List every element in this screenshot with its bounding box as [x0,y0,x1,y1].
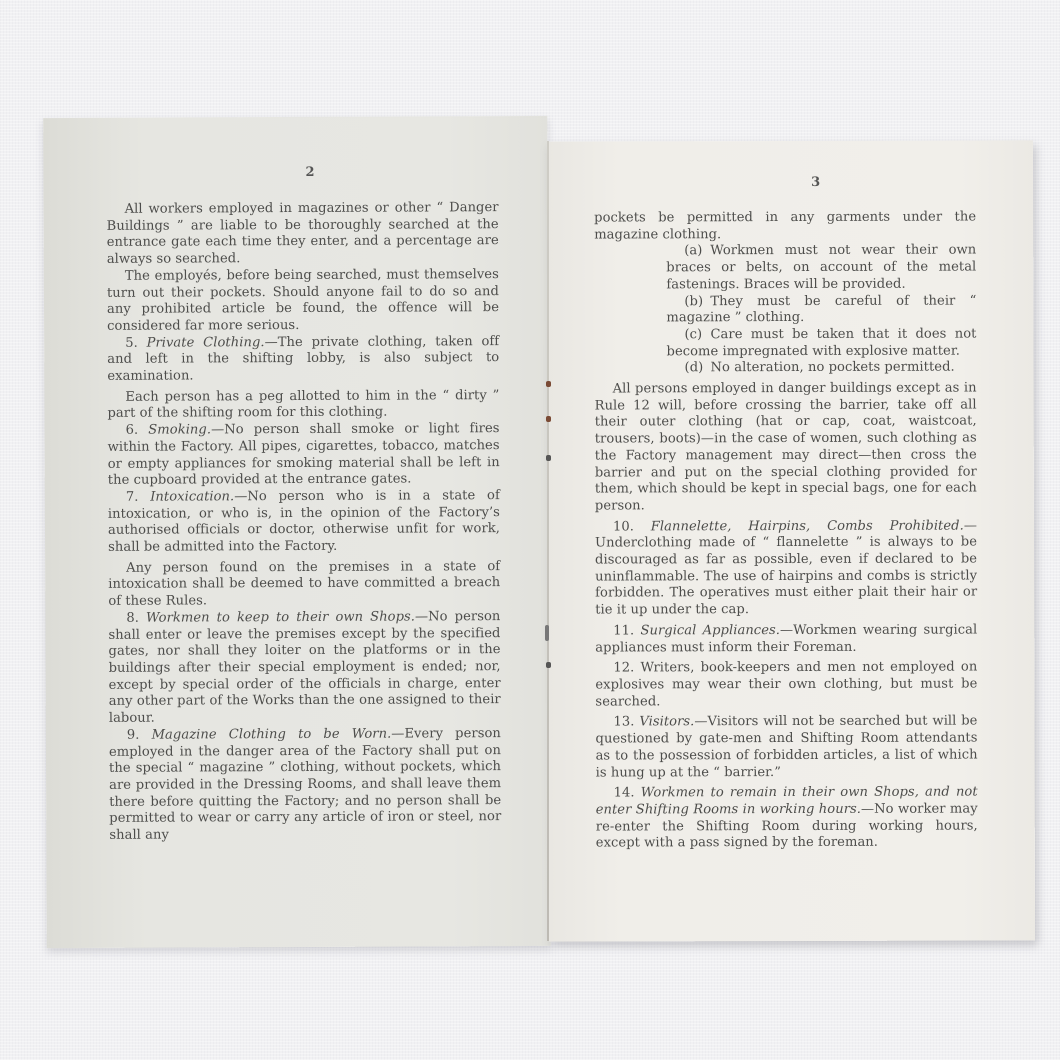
rule-9-continued: pockets be permitted in any garments und… [594,210,976,244]
rule-11: 11. Surgical Appliances.—Workmen wearing… [595,622,977,656]
rule-5-heading: Private Clothing. [147,335,265,351]
rule-14: 14. Workmen to remain in their own Shops… [596,785,978,853]
rule-5-peg: Each person has a peg allotted to him in… [107,388,499,423]
left-page-text: All workers employed in magazines or oth… [107,200,502,844]
rule-7-breach: Any person found on the premises in a st… [108,559,500,611]
rule-8: 8. Workmen to keep to their own Shops.—N… [108,609,501,728]
paragraph-search-intro: All workers employed in magazines or oth… [107,200,499,269]
rule-10: 10. Flannelette, Hairpins, Combs Prohibi… [595,518,977,619]
staple-mark [546,416,551,422]
rule-12: 12. Writers, book-keepers and men not em… [595,660,977,711]
right-page-text: pockets be permitted in any garments und… [594,210,978,853]
booklet-spine [547,141,549,941]
rule-8-heading: Workmen to keep to their own Shops. [146,609,415,625]
staple-mark [546,455,551,461]
page-number-left: 2 [305,165,314,180]
sub-rule-d: (d)No alteration, no pockets permitted. [595,360,977,378]
rule-13: 13. Visitors.—Visitors will not be searc… [595,714,977,782]
paragraph-outer-clothing: All persons employed in danger buildings… [595,381,977,516]
rule-9-heading: Magazine Clothing to be Worn. [152,726,392,742]
rule-11-heading: Surgical Appliances. [640,623,780,638]
rule-13-heading: Visitors. [639,715,694,730]
page-number-right: 3 [811,175,820,190]
rule-7: 7. Intoxication.—No person who is in a s… [108,488,500,557]
open-booklet: 2 All workers employed in magazines or o… [0,0,1060,1060]
rule-5: 5. Private Clothing.—The private clothin… [107,334,499,386]
left-page: 2 All workers employed in magazines or o… [43,116,551,948]
right-page: 3 pockets be permitted in any garments u… [547,140,1035,941]
staple-mark [545,625,549,641]
staple-mark [546,662,551,668]
rule-6-heading: Smoking. [148,423,211,438]
rule-7-heading: Intoxication. [150,489,234,504]
sub-rule-c: (c)Care must be taken that it does not b… [594,326,976,360]
sub-rule-a: (a)Workmen must not wear their own brace… [594,243,976,294]
rule-10-heading: Flannelette, Hairpins, Combs Prohibited. [651,518,964,534]
paragraph-employes-pockets: The employés, before being searched, mus… [107,267,499,336]
rule-6: 6. Smoking.—No person shall smoke or lig… [108,421,500,490]
rule-9: 9. Magazine Clothing to be Worn.—Every p… [109,726,502,845]
sub-rule-b: (b)They must be careful of their “ magaz… [594,293,976,327]
staple-mark [546,381,551,387]
